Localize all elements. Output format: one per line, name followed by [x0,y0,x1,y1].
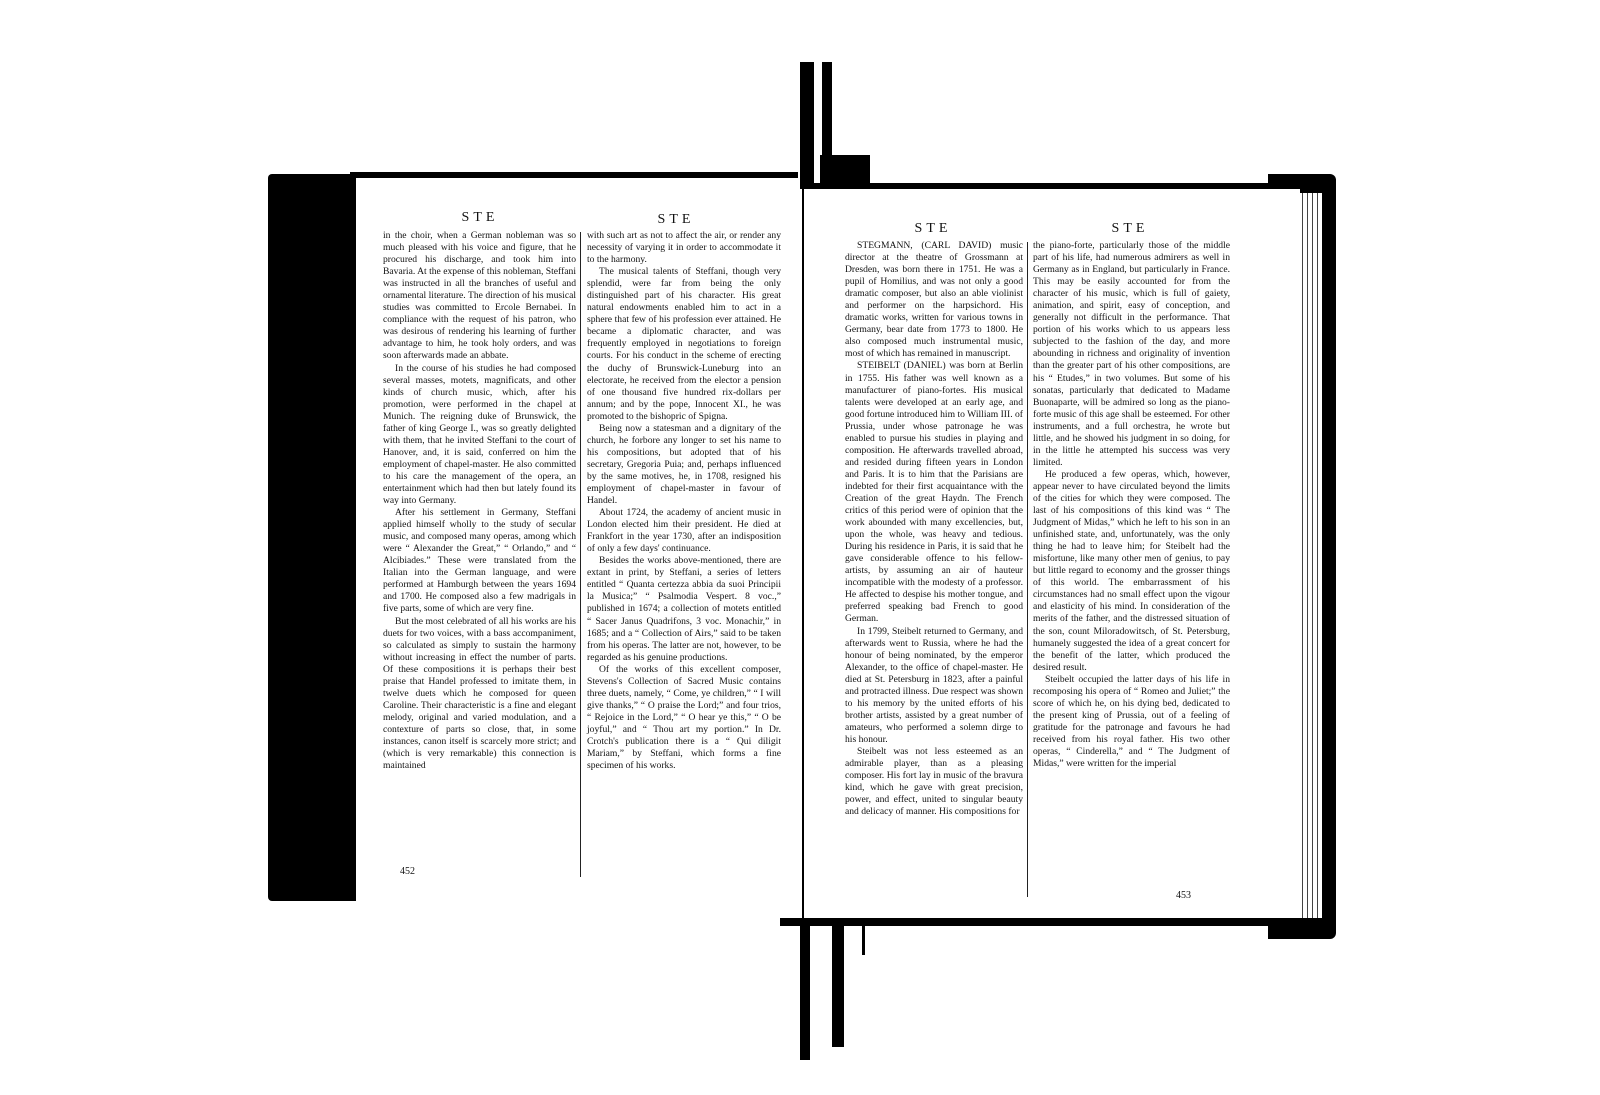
spine-bottom-tab-3 [862,925,865,955]
paragraph: Steibelt occupied the latter days of his… [1033,674,1230,770]
paragraph: Besides the works above-mentioned, there… [587,555,781,663]
left-page-column-2: with such art as not to affect the air, … [587,230,781,772]
right-page-number: 453 [1176,890,1191,901]
paragraph: STEIBELT (DANIEL) was born at Berlin in … [845,360,1023,625]
left-page-column-1: in the choir, when a German nobleman was… [383,230,576,772]
left-page-header-left: STE [440,210,520,226]
paragraph: Steibelt was not less esteemed as an adm… [845,746,1023,818]
left-page-header-right: STE [636,212,716,228]
right-page-fore-edge [1300,193,1322,923]
paragraph: STEGMANN, (CARL DAVID) music director at… [845,240,1023,360]
left-cover-edge [268,174,358,901]
spine-top-left [800,62,814,189]
spine-bottom-tab-2 [832,925,844,1047]
left-page-column-rule [580,232,581,877]
right-page-column-1: STEGMANN, (CARL DAVID) music director at… [845,240,1023,818]
paragraph: the piano-forte, particularly those of t… [1033,240,1230,469]
right-page-column-2: the piano-forte, particularly those of t… [1033,240,1230,770]
right-page-header-right: STE [1090,221,1170,237]
left-page-number: 452 [400,866,415,877]
paragraph: in the choir, when a German nobleman was… [383,230,576,363]
paragraph: Of the works of this excellent composer,… [587,664,781,772]
paragraph: About 1724, the academy of ancient music… [587,507,781,555]
paragraph: Being now a statesman and a dignitary of… [587,423,781,507]
spine-bottom-tab-1 [800,925,810,1060]
paragraph: The musical talents of Steffani, though … [587,266,781,423]
spine-gutter-line [802,185,804,923]
paragraph: After his settlement in Germany, Steffan… [383,507,576,615]
paragraph: In the course of his studies he had comp… [383,363,576,508]
paragraph: He produced a few operas, which, however… [1033,469,1230,674]
right-page-header-left: STE [893,221,973,237]
right-page-column-rule [1027,242,1028,897]
paragraph: with such art as not to affect the air, … [587,230,781,266]
paragraph: In 1799, Steibelt returned to Germany, a… [845,626,1023,746]
paragraph: But the most celebrated of all his works… [383,616,576,773]
